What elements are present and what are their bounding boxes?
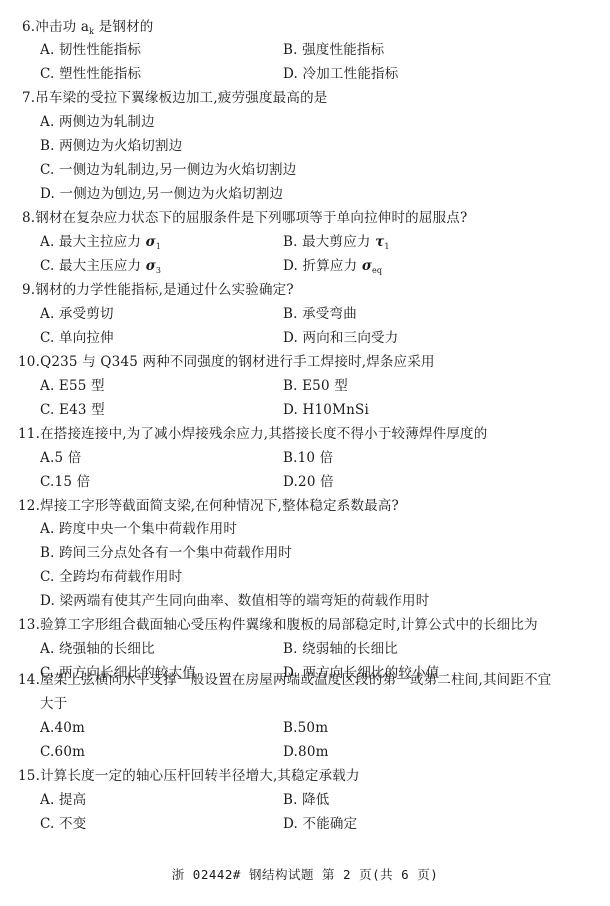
option-c: C. 单向拉伸 xyxy=(40,329,114,347)
question-text-cont: 是钢材的 xyxy=(94,19,153,35)
page-footer: 浙 02442# 钢结构试题 第 2 页(共 6 页) xyxy=(0,865,610,883)
question-text: 在搭接连接中,为了减小焊接残余应力,其搭接长度不得小于较薄焊件厚度的 xyxy=(40,426,487,442)
sigma-symbol: σ xyxy=(146,234,156,250)
option-text: C. 最大主压应力 xyxy=(40,258,146,274)
question-text: 冲击功 a xyxy=(35,19,89,35)
subscript: 3 xyxy=(156,266,161,275)
question-text: 计算长度一定的轴心压杆回转半径增大,其稳定承载力 xyxy=(40,768,360,784)
question-number: 10. xyxy=(18,354,40,370)
option-a: A. 承受剪切 xyxy=(40,305,114,323)
option-c: C.60m xyxy=(40,743,85,761)
option-d: D. 冷加工性能指标 xyxy=(283,65,398,83)
option-a: A.40m xyxy=(40,719,85,737)
subscript: 1 xyxy=(156,242,161,251)
question-7: 7.吊车梁的受拉下翼缘板边加工,疲劳强度最高的是 xyxy=(22,89,327,107)
option-b: B. E50 型 xyxy=(283,377,348,395)
option-b: B. 绕弱轴的长细比 xyxy=(283,640,398,658)
exam-page: 6.冲击功 ak 是钢材的 A. 韧性性能指标 B. 强度性能指标 C. 塑性性… xyxy=(0,0,610,906)
question-number: 7. xyxy=(22,90,35,106)
option-text: B. 最大剪应力 xyxy=(283,234,375,250)
question-number: 13. xyxy=(18,617,40,633)
option-b: B. 跨间三分点处各有一个集中荷载作用时 xyxy=(40,544,292,562)
option-c: C. E43 型 xyxy=(40,401,105,419)
question-15: 15.计算长度一定的轴心压杆回转半径增大,其稳定承载力 xyxy=(18,767,360,785)
question-12: 12.焊接工字形等截面简支梁,在何种情况下,整体稳定系数最高? xyxy=(18,497,399,515)
option-d: D. 折算应力 σeq xyxy=(283,257,382,275)
question-number: 9. xyxy=(22,282,35,298)
question-9: 9.钢材的力学性能指标,是通过什么实验确定? xyxy=(22,281,294,299)
option-d: D. 两向和三向受力 xyxy=(283,329,398,347)
option-a: A. 最大主拉应力 σ1 xyxy=(40,233,161,251)
option-c: C. 最大主压应力 σ3 xyxy=(40,257,161,275)
question-11: 11.在搭接连接中,为了减小焊接残余应力,其搭接长度不得小于较薄焊件厚度的 xyxy=(18,425,487,443)
question-number: 15. xyxy=(18,768,40,784)
option-d: D.80m xyxy=(283,743,329,761)
question-number: 6. xyxy=(22,19,35,35)
option-b: B.50m xyxy=(283,719,328,737)
option-a: A. 韧性性能指标 xyxy=(40,41,141,59)
option-b: B. 最大剪应力 τ1 xyxy=(283,233,390,251)
question-number: 12. xyxy=(18,498,40,514)
option-b: B. 强度性能指标 xyxy=(283,41,384,59)
option-b: B. 承受弯曲 xyxy=(283,305,357,323)
question-8: 8.钢材在复杂应力状态下的屈服条件是下列哪项等于单向拉伸时的屈服点? xyxy=(22,209,467,227)
question-text: 钢材在复杂应力状态下的屈服条件是下列哪项等于单向拉伸时的屈服点? xyxy=(35,210,467,226)
option-text: A. 最大主拉应力 xyxy=(40,234,146,250)
option-c: C.15 倍 xyxy=(40,473,90,491)
question-number: 14. xyxy=(18,672,40,688)
option-c: C. 塑性性能指标 xyxy=(40,65,141,83)
option-c: C. 一侧边为轧制边,另一侧边为火焰切割边 xyxy=(40,161,296,179)
question-text: 屋架上弦横向水平支撑一般设置在房屋两端或温度区段的第一或第二柱间,其间距不宜 xyxy=(40,672,551,688)
sigma-symbol: σ xyxy=(146,258,156,274)
question-13: 13.验算工字形组合截面轴心受压构件翼缘和腹板的局部稳定时,计算公式中的长细比为 xyxy=(18,616,538,634)
question-14: 14.屋架上弦横向水平支撑一般设置在房屋两端或温度区段的第一或第二柱间,其间距不… xyxy=(18,671,551,689)
option-c: C. 全跨均布荷载作用时 xyxy=(40,568,182,586)
option-b: B.10 倍 xyxy=(283,449,333,467)
question-number: 8. xyxy=(22,210,35,226)
option-a: A. 跨度中央一个集中荷载作用时 xyxy=(40,520,237,538)
option-a: A. 两侧边为轧制边 xyxy=(40,113,155,131)
option-d: D. H10MnSi xyxy=(283,401,369,419)
option-c: C. 不变 xyxy=(40,815,86,833)
option-a: A.5 倍 xyxy=(40,449,81,467)
tau-symbol: τ xyxy=(375,234,384,250)
question-text: Q235 与 Q345 两种不同强度的钢材进行手工焊接时,焊条应采用 xyxy=(40,354,435,370)
option-d: D.20 倍 xyxy=(283,473,334,491)
subscript: eq xyxy=(372,266,382,275)
question-6: 6.冲击功 ak 是钢材的 xyxy=(22,18,153,36)
sigma-symbol: σ xyxy=(362,258,372,274)
option-d: D. 一侧边为刨边,另一侧边为火焰切割边 xyxy=(40,185,283,203)
question-text: 钢材的力学性能指标,是通过什么实验确定? xyxy=(35,282,294,298)
question-10: 10.Q235 与 Q345 两种不同强度的钢材进行手工焊接时,焊条应采用 xyxy=(18,353,435,371)
question-14-continuation: 大于 xyxy=(40,695,67,713)
question-text: 吊车梁的受拉下翼缘板边加工,疲劳强度最高的是 xyxy=(35,90,327,106)
question-text: 焊接工字形等截面简支梁,在何种情况下,整体稳定系数最高? xyxy=(40,498,399,514)
option-d: D. 梁两端有使其产生同向曲率、数值相等的端弯矩的荷载作用时 xyxy=(40,592,429,610)
option-b: B. 降低 xyxy=(283,791,330,809)
option-b: B. 两侧边为火焰切割边 xyxy=(40,137,182,155)
option-text: D. 折算应力 xyxy=(283,258,362,274)
option-a: A. 绕强轴的长细比 xyxy=(40,640,155,658)
subscript: 1 xyxy=(384,242,389,251)
question-text: 验算工字形组合截面轴心受压构件翼缘和腹板的局部稳定时,计算公式中的长细比为 xyxy=(40,617,538,633)
option-d: D. 不能确定 xyxy=(283,815,357,833)
option-a: A. E55 型 xyxy=(40,377,105,395)
option-a: A. 提高 xyxy=(40,791,86,809)
question-number: 11. xyxy=(18,426,40,442)
